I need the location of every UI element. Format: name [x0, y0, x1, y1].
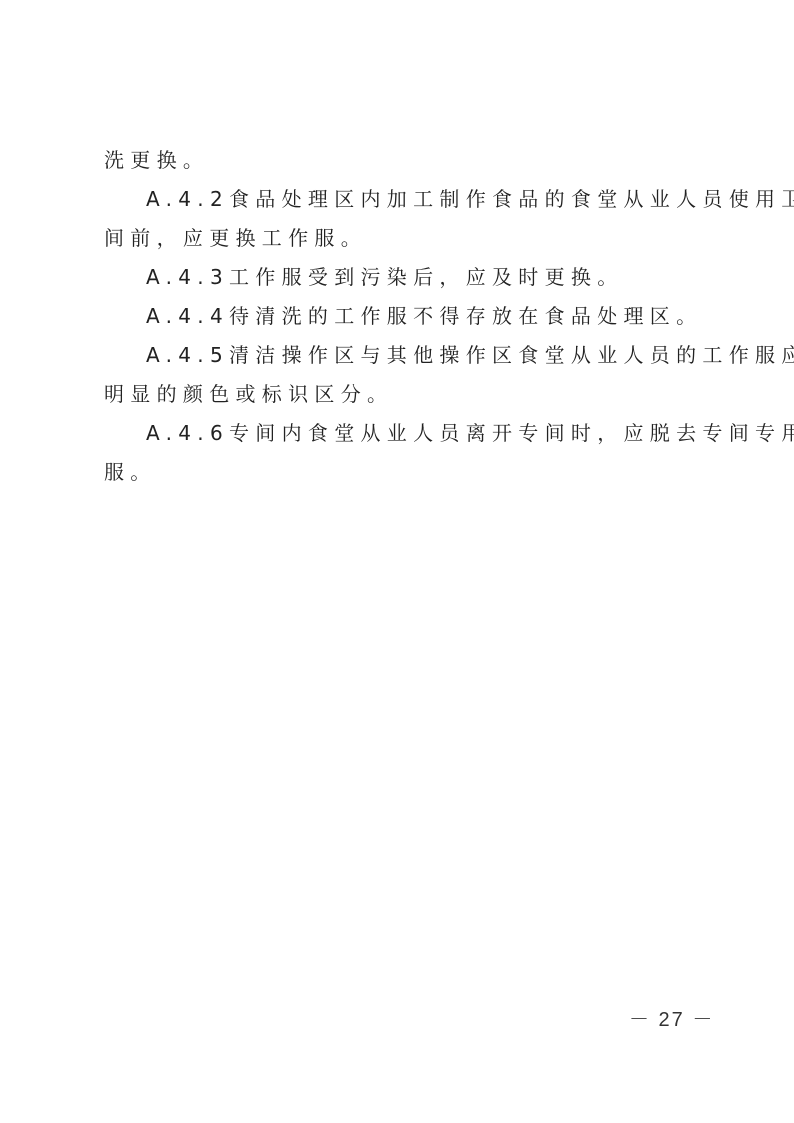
clause-a-4-5: A.4.5清洁操作区与其他操作区食堂从业人员的工作服应有	[146, 343, 794, 367]
text-line: 洗更换。	[104, 148, 209, 172]
clause-a-4-3: A.4.3工作服受到污染后，应及时更换。	[146, 265, 624, 289]
page-number: － 27 －	[629, 1003, 714, 1032]
clause-a-4-2: A.4.2食品处理区内加工制作食品的食堂从业人员使用卫生	[146, 187, 794, 211]
text-line: 间前，应更换工作服。	[104, 226, 367, 250]
clause-a-4-4: A.4.4待清洗的工作服不得存放在食品处理区。	[146, 304, 702, 328]
document-page: 洗更换。 A.4.2食品处理区内加工制作食品的食堂从业人员使用卫生 间前，应更换…	[0, 0, 794, 1123]
clause-a-4-6: A.4.6专间内食堂从业人员离开专间时，应脱去专间专用工作	[146, 421, 794, 445]
text-line: 明显的颜色或标识区分。	[104, 382, 393, 406]
text-line: 服。	[104, 460, 157, 484]
